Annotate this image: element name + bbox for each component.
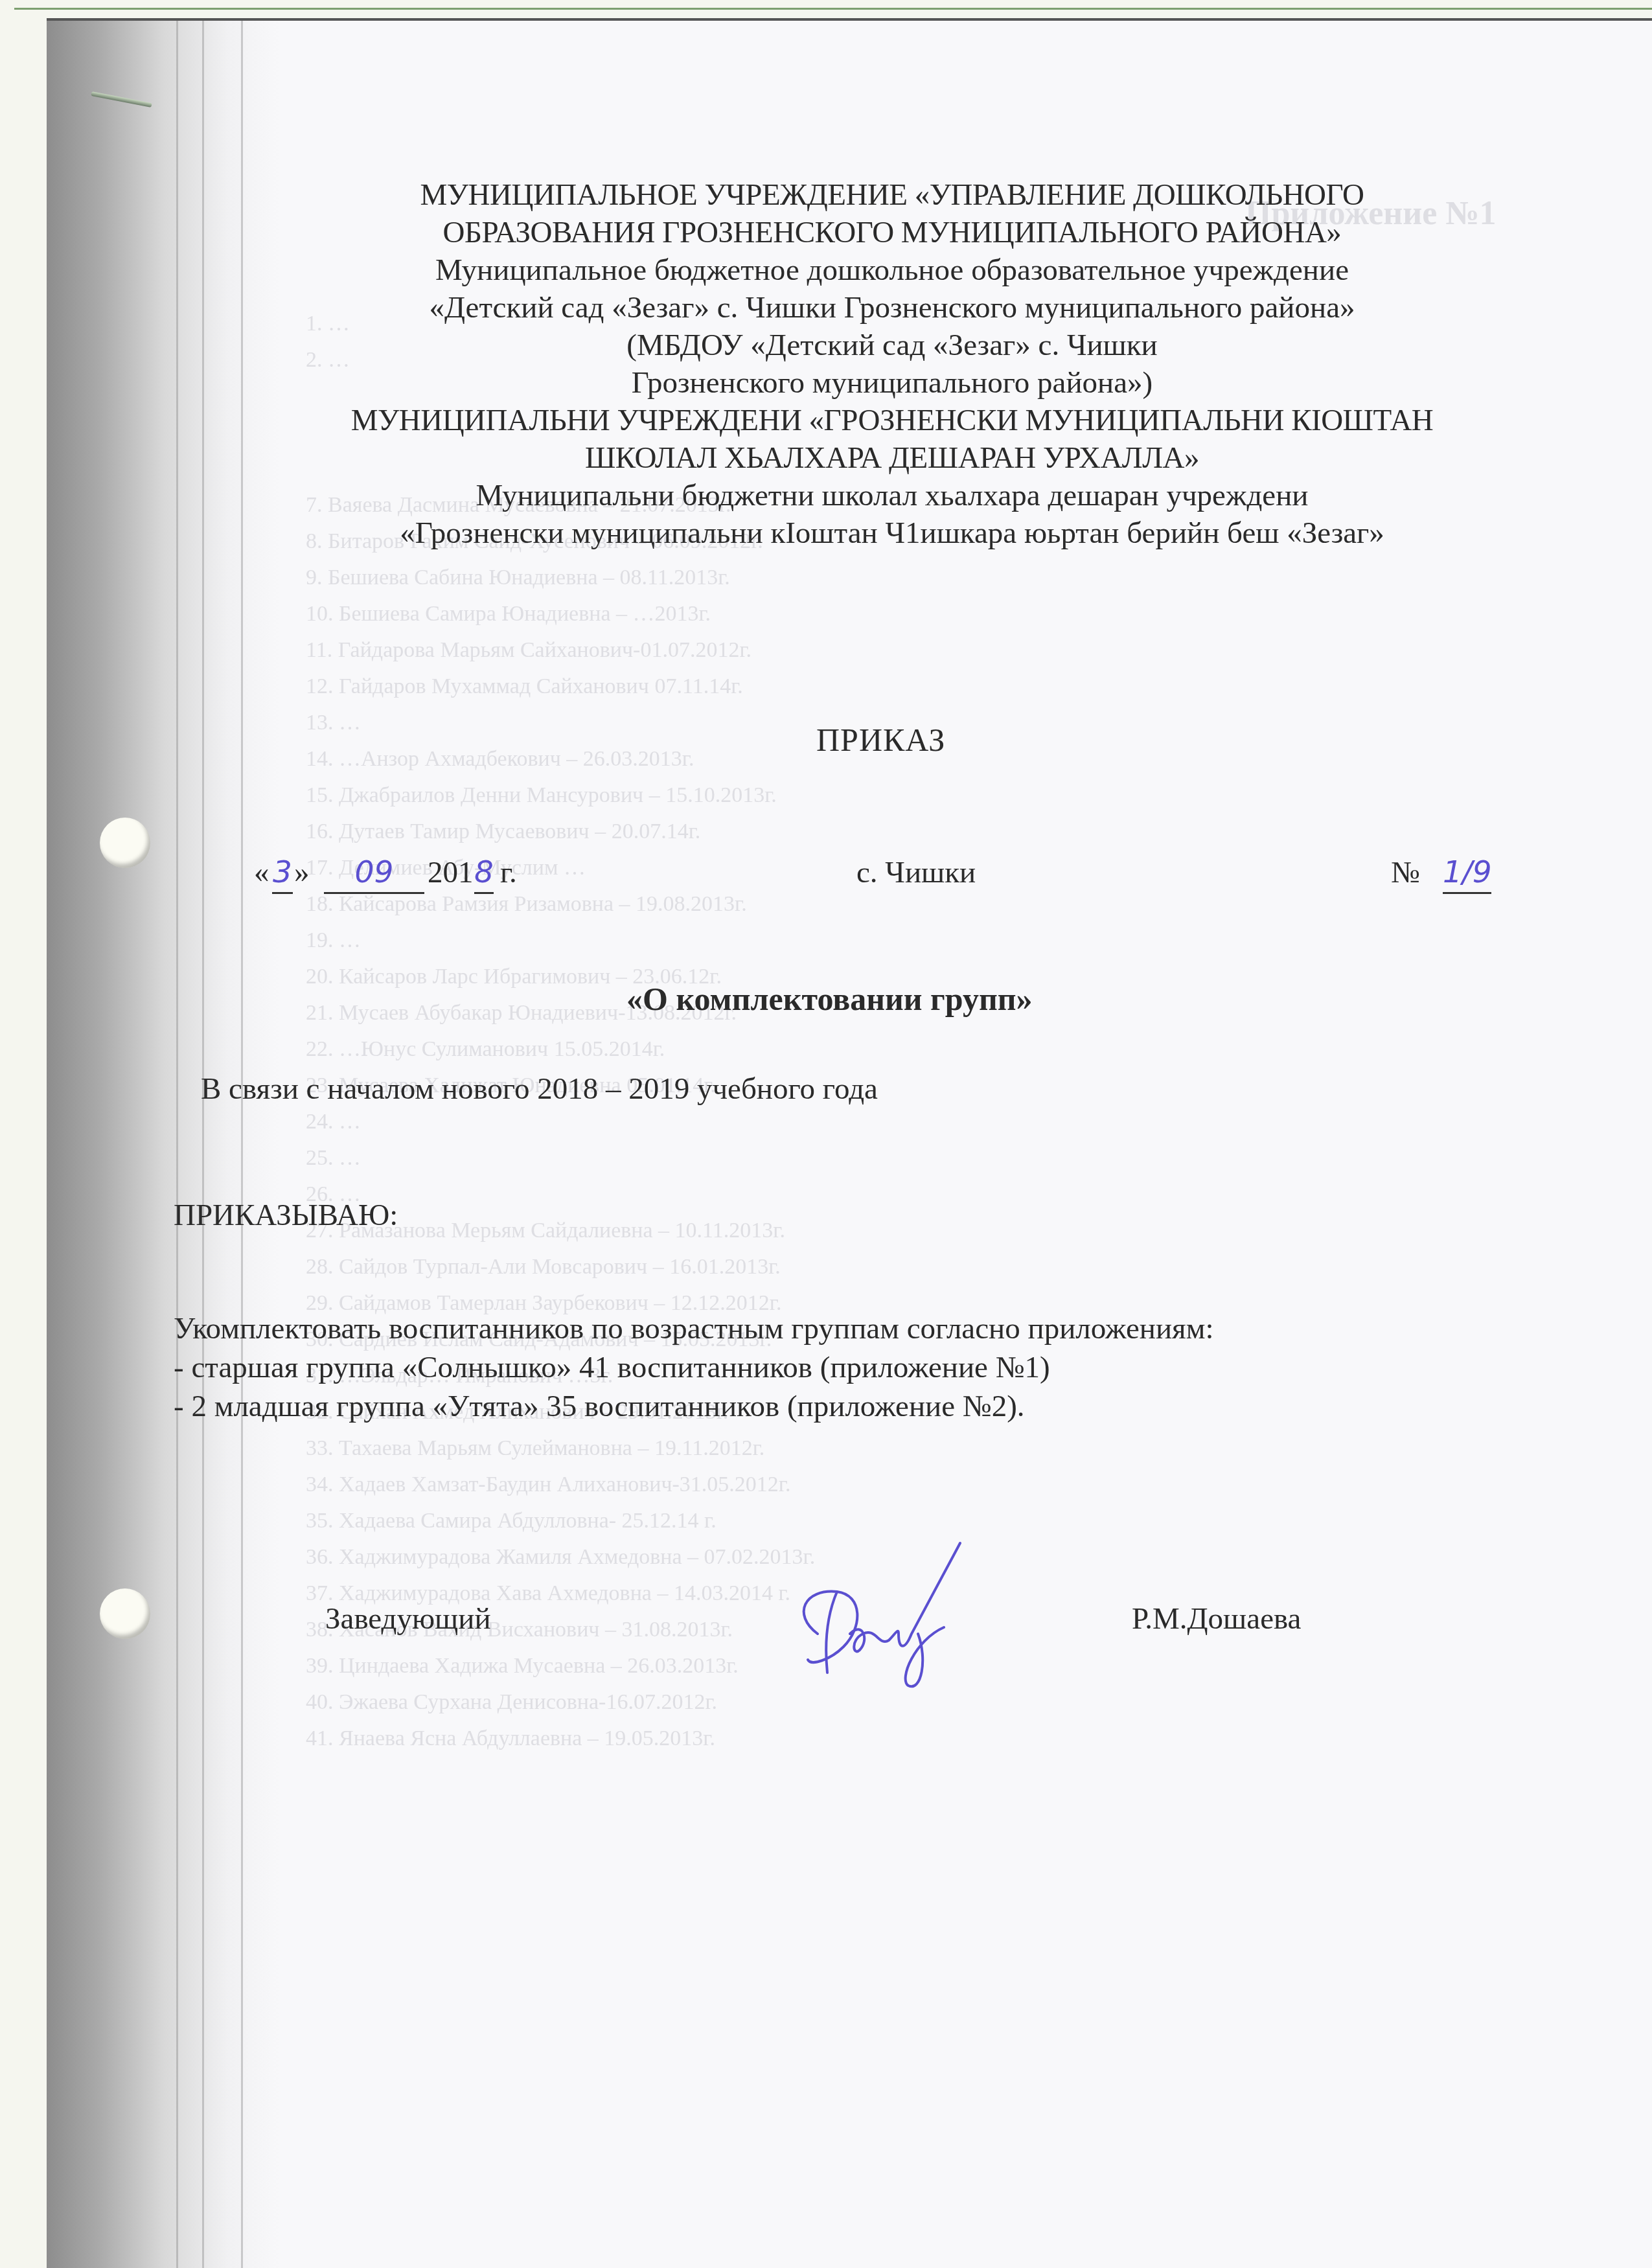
order-item: - 2 младшая группа «Утята» 35 воспитанни… (174, 1388, 1025, 1425)
letterhead-line: Грозненского муниципального района») (260, 364, 1524, 402)
dateline: « 3 » 09 201 8 г. с. Чишки № 1/9 (254, 853, 1582, 899)
date-month-handwritten: 09 (324, 853, 424, 894)
letterhead: МУНИЦИПАЛЬНОЕ УЧРЕЖДЕНИЕ «УПРАВЛЕНИЕ ДОШ… (260, 176, 1524, 552)
letterhead-line: Муниципальни бюджетни школал хьалхара де… (260, 477, 1524, 514)
letterhead-line: МУНИЦИПАЛЬНИ УЧРЕЖДЕНИ «ГРОЗНЕНСКИ МУНИЦ… (260, 402, 1524, 439)
date-year-unit: г. (500, 853, 517, 892)
document-content: МУНИЦИПАЛЬНОЕ УЧРЕЖДЕНИЕ «УПРАВЛЕНИЕ ДОШ… (47, 21, 1652, 2268)
order-number-handwritten: 1/9 (1443, 853, 1491, 894)
scanner-edge-line (14, 8, 1652, 10)
date-open-quote: « (254, 853, 270, 892)
place-name: с. Чишки (856, 853, 976, 892)
date-year-suffix-handwritten: 8 (474, 853, 494, 894)
date-day-handwritten: 3 (272, 853, 293, 894)
document-title: ПРИКАЗ (816, 720, 945, 759)
date-close-quote: » (294, 853, 310, 892)
order-subject: «О комплектовании групп» (626, 979, 1033, 1018)
letterhead-line: (МБДОУ «Детский сад «Зезаг» с. Чишки (260, 326, 1524, 364)
letterhead-line: «Грозненски муниципальни кIоштан Ч1ишкар… (260, 514, 1524, 552)
document-page: Приложение №1 1. … 2. … 7. Ваяева Дасмин… (47, 18, 1652, 2268)
letterhead-line: ШКОЛАЛ ХЬАЛХАРА ДЕШАРАН УРХАЛЛА» (260, 439, 1524, 477)
letterhead-line: Муниципальное бюджетное дошкольное образ… (260, 251, 1524, 289)
order-item: - старшая группа «Солнышко» 41 воспитанн… (174, 1349, 1050, 1386)
date-year-prefix: 201 (428, 853, 474, 892)
signer-name: Р.М.Дошаева (1132, 1601, 1301, 1636)
order-intro: Укомплектовать воспитанников по возрастн… (174, 1310, 1214, 1347)
preamble: В связи с началом нового 2018 – 2019 уче… (201, 1070, 878, 1108)
letterhead-line: ОБРАЗОВАНИЯ ГРОЗНЕНСКОГО МУНИЦИПАЛЬНОГО … (260, 214, 1524, 251)
signature-block: Заведующий Р.М.Дошаева (325, 1575, 1394, 1673)
handwritten-signature-icon (766, 1537, 1012, 1705)
letterhead-line: МУНИЦИПАЛЬНОЕ УЧРЕЖДЕНИЕ «УПРАВЛЕНИЕ ДОШ… (260, 176, 1524, 214)
order-word: ПРИКАЗЫВАЮ: (174, 1197, 398, 1234)
letterhead-line: «Детский сад «Зезаг» с. Чишки Грозненско… (260, 289, 1524, 326)
signer-position: Заведующий (325, 1601, 491, 1636)
order-number-label: № (1391, 853, 1420, 892)
